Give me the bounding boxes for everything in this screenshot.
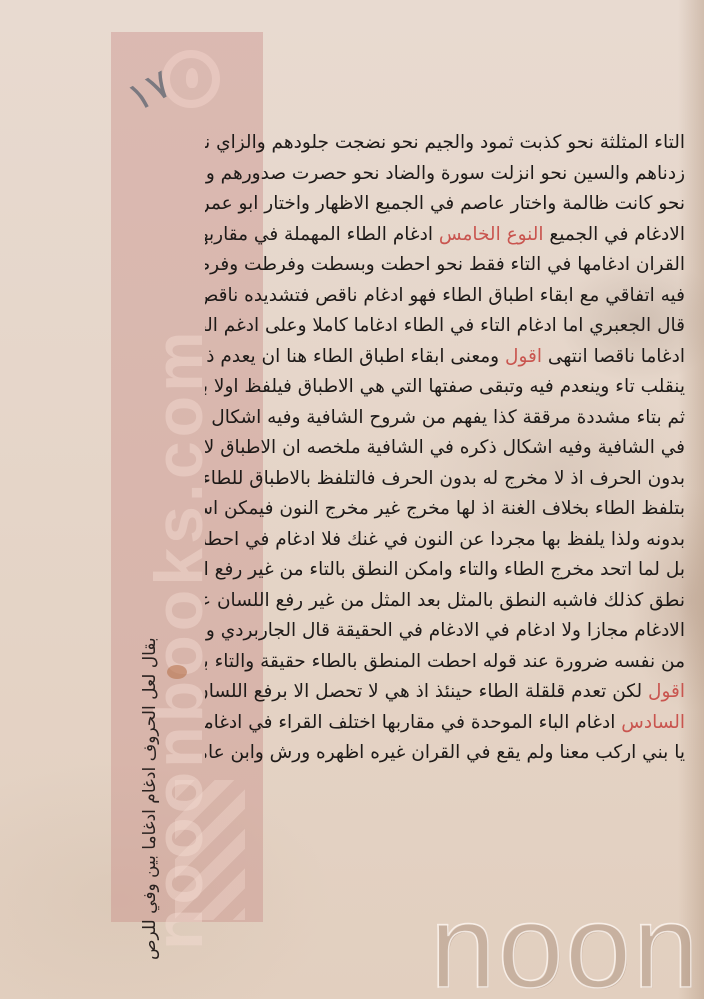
line-text: الادغام في الجميع (544, 224, 685, 245)
line-text: ادغاما ناقصا انتهى (542, 346, 685, 367)
text-line: قال الجعبري اما ادغام التاء في الطاء ادغ… (205, 311, 685, 342)
watermark-zigzag (175, 780, 245, 920)
text-line: اقول لكن تعدم قلقلة الطاء حينئذ اذ هي لا… (205, 677, 685, 708)
line-text: لكن تعدم قلقلة الطاء حينئذ اذ هي لا تحصل… (205, 681, 648, 702)
text-line: فيه اتفاقي مع ابقاء اطباق الطاء فهو ادغا… (205, 281, 685, 312)
text-line: يا بني اركب معنا ولم يقع في القران غيره … (205, 738, 685, 769)
rubric-heading: اقول (505, 346, 542, 367)
text-line: بل لما اتحد مخرج الطاء والتاء وامكن النط… (205, 555, 685, 586)
line-text: ادغام الباء الموحدة في مقاربها اختلف الق… (205, 712, 621, 733)
line-text: ادغام الطاء المهملة في مقاربها والواقع م… (205, 224, 439, 245)
text-line: نحو كانت ظالمة واختار عاصم في الجميع الا… (205, 189, 685, 220)
text-line: القران ادغامها في التاء فقط نحو احطت وبس… (205, 250, 685, 281)
line-text: ومعنى ابقاء اطباق الطاء هنا ان يعدم ذات … (205, 346, 505, 367)
margin-note: بقال لعل الحروف ادغام ادغاما بين وفي للر… (140, 480, 160, 960)
text-line: من نفسه ضرورة عند قوله احطت المنطق بالطا… (205, 647, 685, 678)
ink-stain (167, 665, 187, 679)
text-line: التاء المثلثة نحو كذبت ثمود والجيم نحو ن… (205, 128, 685, 159)
text-line: نطق كذلك فاشبه النطق بالمثل بعد المثل من… (205, 586, 685, 617)
text-line: بتلفظ الطاء بخلاف الغنة اذ لها مخرج غير … (205, 494, 685, 525)
text-line: بدون الحرف اذ لا مخرج له بدون الحرف فالت… (205, 464, 685, 495)
rubric-heading: اقول (648, 681, 685, 702)
text-line: زدناهم والسين نحو انزلت سورة والضاد نحو … (205, 159, 685, 190)
text-line: ينقلب تاء وينعدم فيه وتبقى صفتها التي هي… (205, 372, 685, 403)
text-line: السادس ادغام الباء الموحدة في مقاربها اخ… (205, 708, 685, 739)
text-line: ادغاما ناقصا انتهى اقول ومعنى ابقاء اطبا… (205, 342, 685, 373)
rubric-heading: النوع الخامس (439, 224, 544, 245)
rubric-heading: السادس (621, 712, 685, 733)
text-line: بدونه ولذا يلفظ بها مجردا عن النون في غن… (205, 525, 685, 556)
watermark-bottom-text: nooni (430, 888, 704, 999)
manuscript-text: التاء المثلثة نحو كذبت ثمود والجيم نحو ن… (205, 128, 685, 769)
text-line: الادغام مجازا ولا ادغام في الادغام في ال… (205, 616, 685, 647)
text-line: الادغام في الجميع النوع الخامس ادغام الط… (205, 220, 685, 251)
text-line: في الشافية وفيه اشكال ذكره في الشافية مل… (205, 433, 685, 464)
text-line: ثم بتاء مشددة مرققة كذا يفهم من شروح الش… (205, 403, 685, 434)
